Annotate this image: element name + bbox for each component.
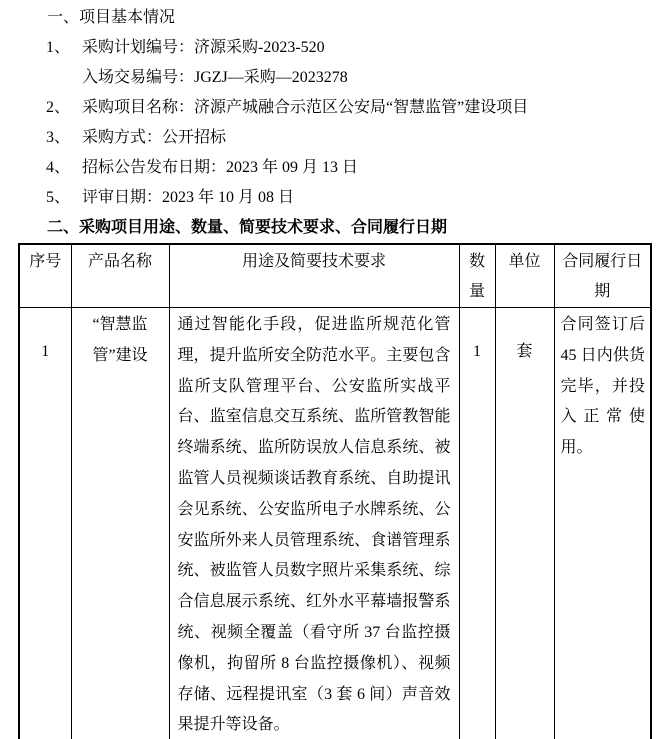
cell-seq: 1: [19, 308, 71, 739]
header-product-name: 产品名称: [71, 244, 169, 308]
item-text: 招标公告发布日期：2023 年 09 月 13 日: [82, 153, 665, 183]
cell-unit: 套: [495, 308, 554, 739]
item-text: 采购项目名称：济源产城融合示范区公安局“智慧监管”建设项目: [82, 93, 665, 123]
document-page: 一、项目基本情况 1、 采购计划编号：济源采购-2023-520 入场交易编号：…: [0, 0, 665, 739]
cell-usage-requirements: 通过智能化手段，促进监所规范化管理，提升监所安全防范水平。主要包含监所支队管理平…: [169, 308, 459, 739]
list-item-project-name: 2、 采购项目名称：济源产城融合示范区公安局“智慧监管”建设项目: [0, 93, 665, 123]
list-item-entry-trade-number: 入场交易编号：JGZJ—采购—2023278: [0, 63, 665, 93]
item-text: 采购方式：公开招标: [82, 123, 665, 153]
procurement-items-table: 序号 产品名称 用途及简要技术要求 数量 单位 合同履行日期 1 “智慧监管”建…: [18, 243, 652, 739]
cell-contract-period: 合同签订后 45 日内供货完毕，并投入正常使用。: [554, 308, 651, 739]
item-number: 2、: [46, 93, 82, 123]
section1-heading: 一、项目基本情况: [0, 3, 665, 33]
item-number: 1、: [46, 33, 82, 63]
item-number: [46, 63, 82, 93]
item-text: 评审日期：2023 年 10 月 08 日: [82, 183, 665, 213]
list-item-plan-number: 1、 采购计划编号：济源采购-2023-520: [0, 33, 665, 63]
item-number: 5、: [46, 183, 82, 213]
header-unit: 单位: [495, 244, 554, 308]
item-text: 采购计划编号：济源采购-2023-520: [82, 33, 665, 63]
header-contract-period: 合同履行日期: [554, 244, 651, 308]
list-item-review-date: 5、 评审日期：2023 年 10 月 08 日: [0, 183, 665, 213]
cell-product-name: “智慧监管”建设: [71, 308, 169, 739]
cell-quantity: 1: [459, 308, 495, 739]
table-header-row: 序号 产品名称 用途及简要技术要求 数量 单位 合同履行日期: [19, 244, 651, 308]
header-usage-requirements: 用途及简要技术要求: [169, 244, 459, 308]
item-number: 3、: [46, 123, 82, 153]
list-item-announcement-date: 4、 招标公告发布日期：2023 年 09 月 13 日: [0, 153, 665, 183]
table-row: 1 “智慧监管”建设 通过智能化手段，促进监所规范化管理，提升监所安全防范水平。…: [19, 308, 651, 739]
section2-heading: 二、采购项目用途、数量、简要技术要求、合同履行日期: [0, 213, 665, 243]
header-quantity: 数量: [459, 244, 495, 308]
item-text: 入场交易编号：JGZJ—采购—2023278: [82, 63, 665, 93]
header-seq: 序号: [19, 244, 71, 308]
item-number: 4、: [46, 153, 82, 183]
list-item-procurement-method: 3、 采购方式：公开招标: [0, 123, 665, 153]
